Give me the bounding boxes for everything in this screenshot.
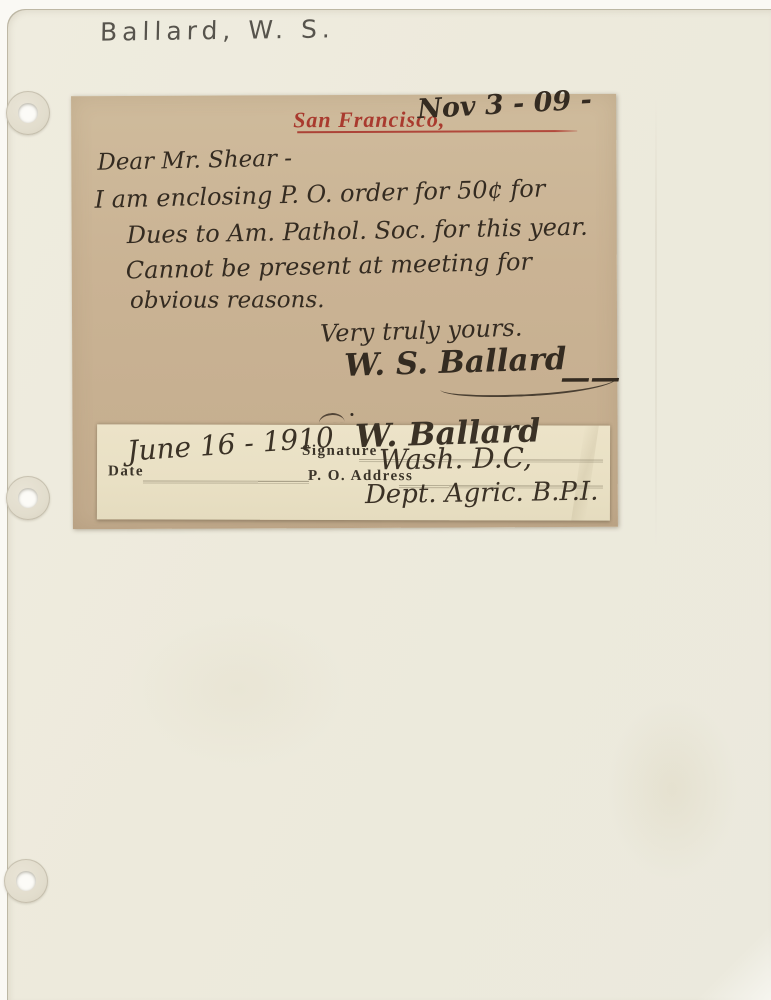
closing: Very truly yours.	[320, 316, 523, 346]
signature-slip: Signature W. Ballard Date June 16 - 1910…	[97, 424, 610, 520]
letterhead-date-rule	[297, 130, 577, 133]
hole-punch-reinforcement	[4, 859, 48, 903]
letter-body-line: Cannot be present at meeting for	[126, 250, 533, 283]
hole-punch-reinforcement	[6, 476, 50, 520]
paper-stain	[127, 609, 347, 769]
letter-body-line: I am enclosing P. O. order for 50¢ for	[94, 176, 545, 211]
ink-mark	[350, 413, 353, 416]
letter-body-line: Dues to Am. Pathol. Soc. for this year.	[126, 215, 587, 247]
sheet-corner-shadow	[651, 920, 771, 1000]
hole-punch-reinforcement	[6, 91, 50, 135]
paper-stain	[607, 699, 737, 879]
slip-date-value: June 16 - 1910	[126, 424, 334, 466]
date-field-rule	[143, 480, 309, 483]
salutation: Dear Mr. Shear -	[97, 148, 292, 175]
slip-address-line2: Dept. Agric. B.P.I.	[365, 479, 599, 508]
scanned-page: Ballard, W. S. San Francisco, Nov 3 - 09…	[0, 0, 771, 1000]
handwritten-date: Nov 3 - 09 -	[416, 86, 592, 123]
paper-crease	[655, 97, 657, 547]
slip-address-line1: Wash. D.C,	[379, 444, 532, 474]
letter-body-line: obvious reasons.	[130, 289, 325, 313]
letter-signature: W. S. Ballard	[344, 344, 567, 382]
archival-pencil-note: Ballard, W. S.	[100, 14, 335, 46]
